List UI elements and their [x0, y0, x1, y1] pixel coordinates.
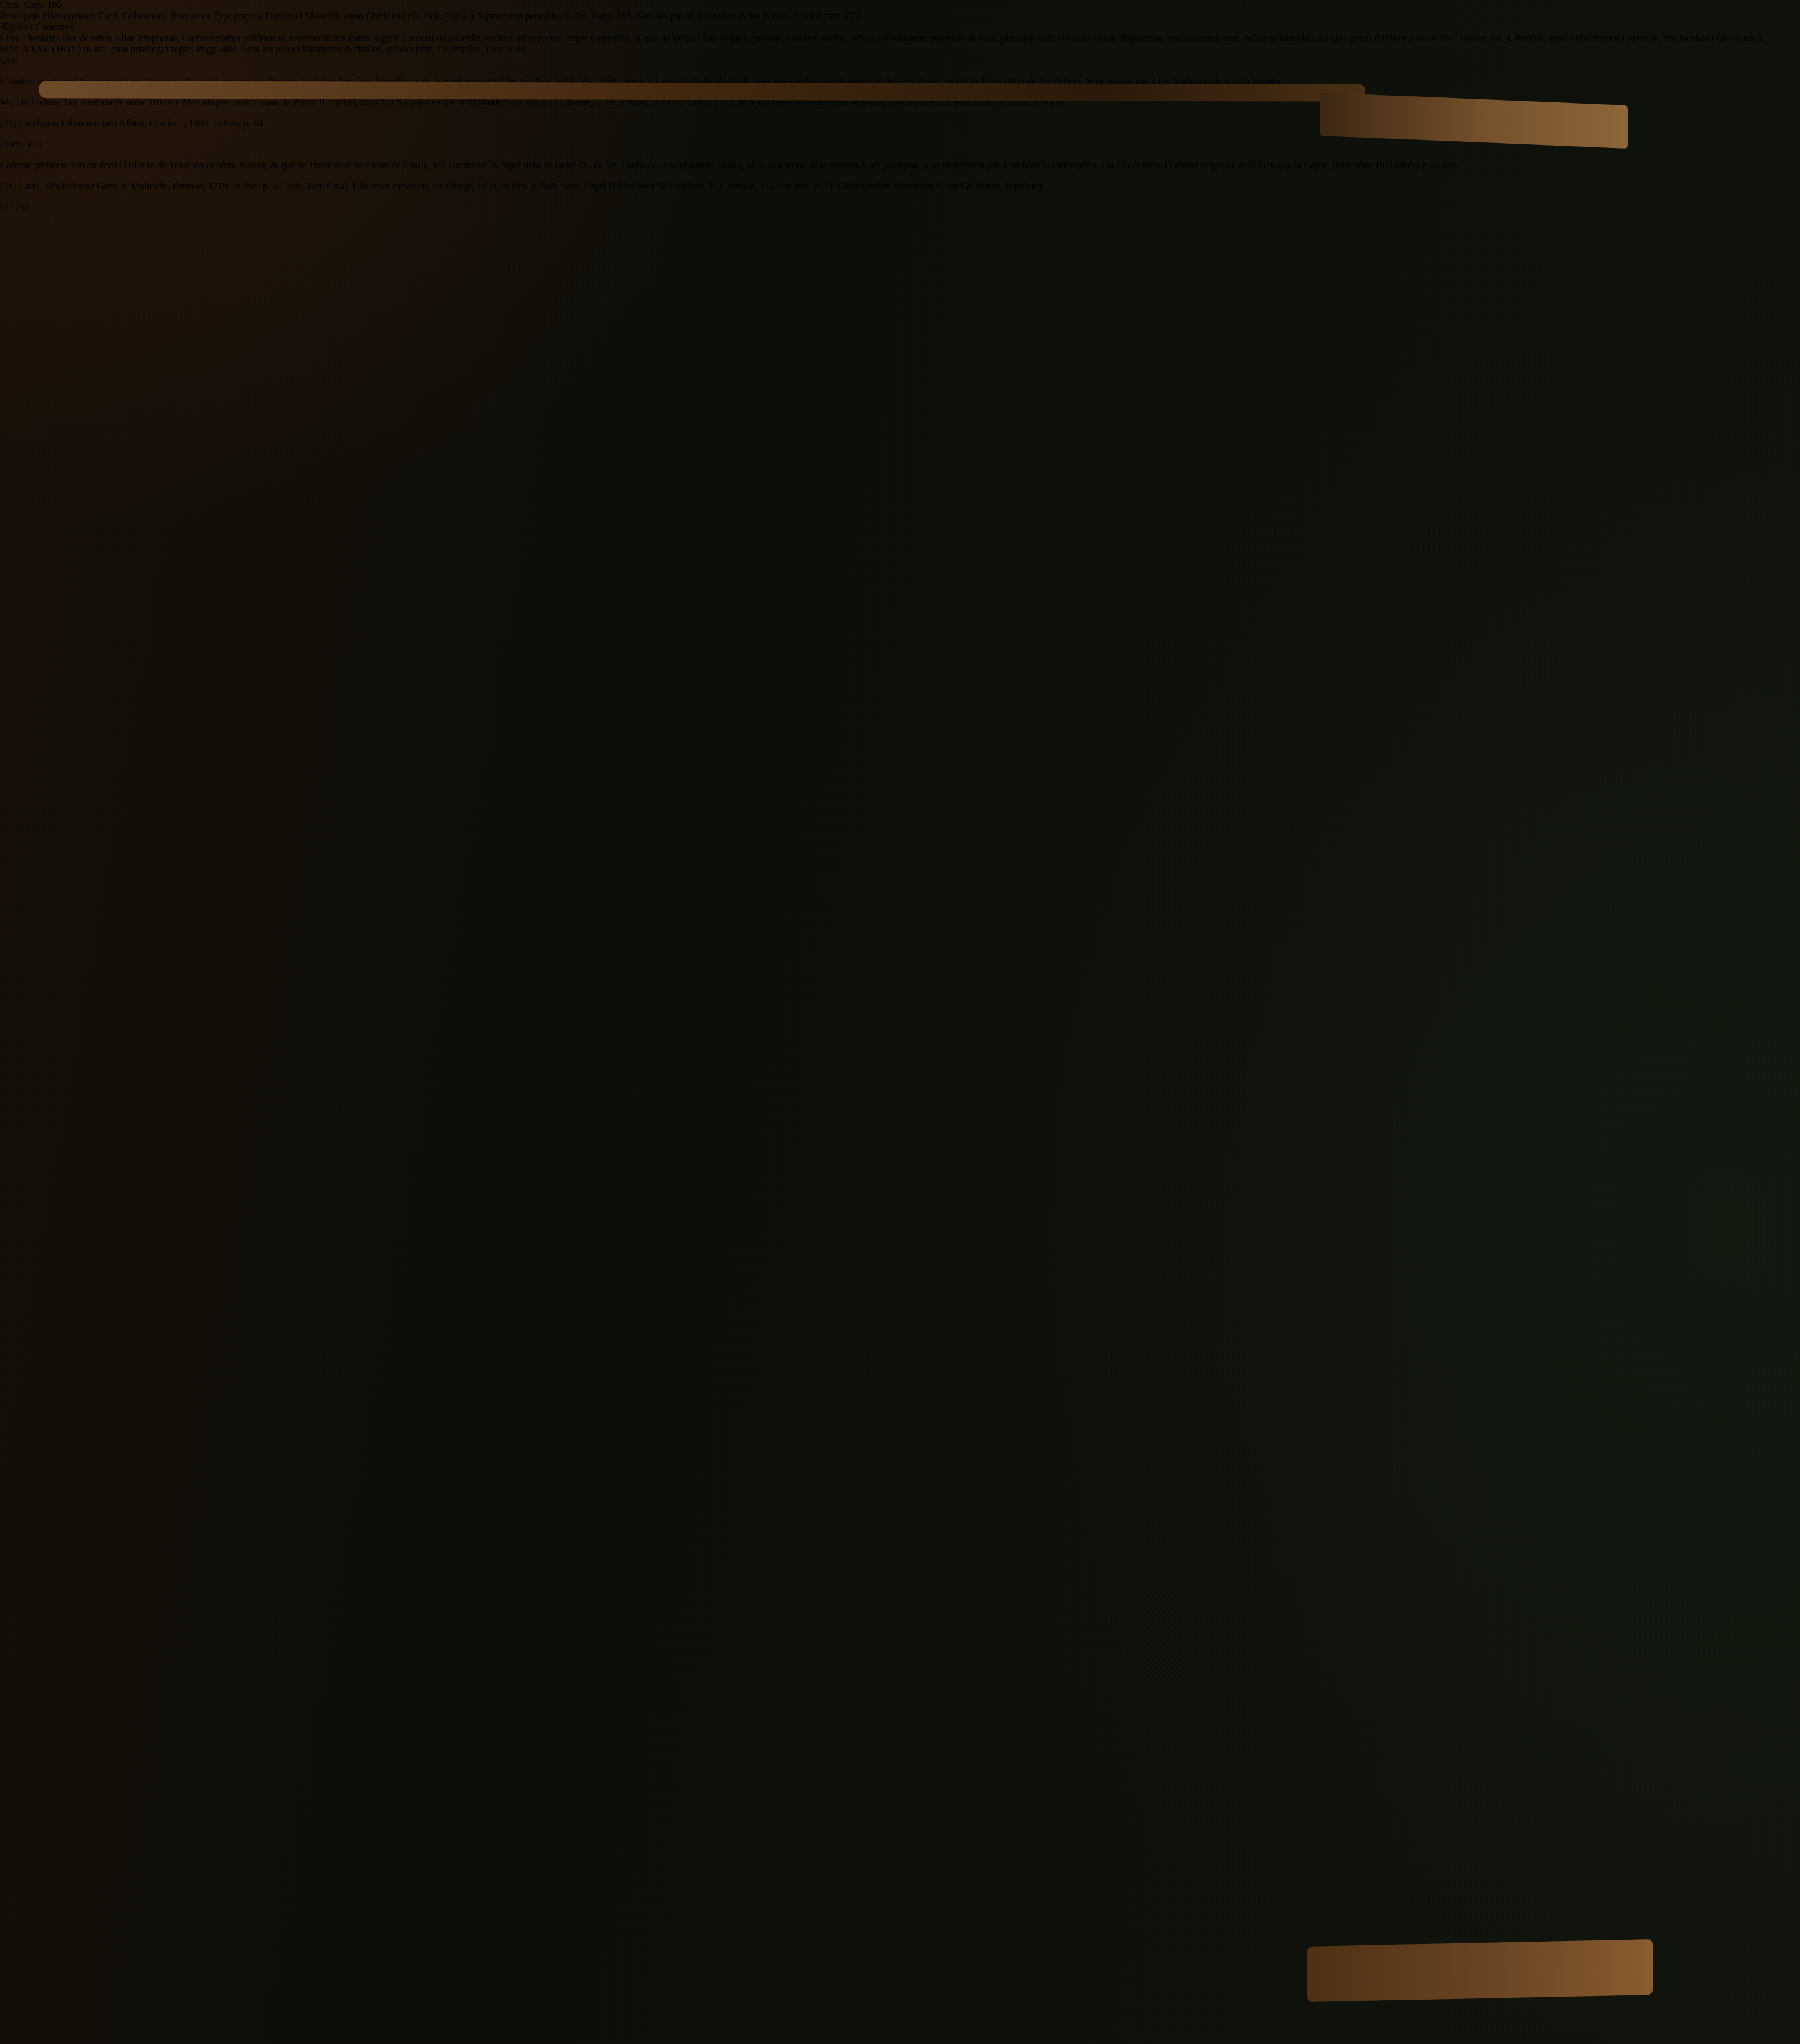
section-heading-surname: Camartvs. — [35, 22, 75, 33]
signature-row: O 1750. — [0, 202, 1800, 213]
footnote-column-right: Comme perſonne n'avoit écrit l'Hiſtoire … — [0, 160, 1800, 213]
section-heading: Ægidivs Camartvs. — [0, 22, 1800, 33]
catalog-entry: Elias Thesbites ſive de rebus Eliae Prop… — [0, 33, 1800, 56]
previous-page-edge — [0, 289, 32, 1948]
running-head: Cam. Cam. 105 — [0, 0, 1800, 11]
catchword: Gvi- — [0, 56, 1800, 67]
footnote-56: (56) Catal. Bibliothecae Gerh. v. Maſtri… — [0, 181, 1800, 192]
book-photo: Cam. Cam. 105 Principem Hieronymum Card.… — [0, 0, 1800, 2044]
catchword-year: 1750. — [10, 202, 32, 213]
running-head-left: Cam. — [0, 0, 21, 10]
running-head-center: Cam. — [23, 0, 44, 10]
section-heading-forename: Ægidivs — [0, 22, 33, 33]
signature-mark: O — [0, 202, 7, 213]
catalog-entry-continued: Principem Hieronymum Card. Columnam. Rom… — [0, 11, 1800, 22]
book-top-edge — [39, 81, 1365, 102]
page-number: 105 — [47, 0, 62, 10]
footnote-teate-note: Comme perſonne n'avoit écrit l'Hiſtoire … — [0, 160, 1800, 171]
book-bottom-edge-wedge — [1307, 1939, 1653, 2002]
